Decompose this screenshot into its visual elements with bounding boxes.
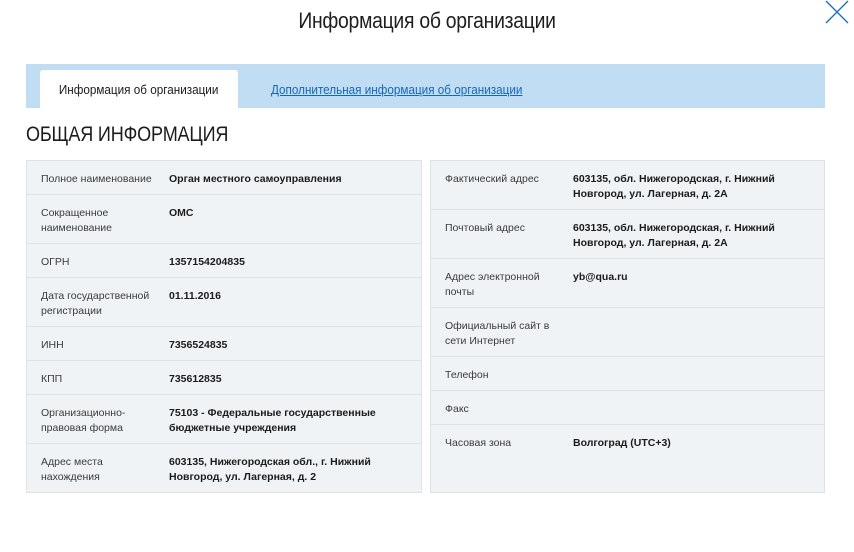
field-label: КПП	[41, 372, 169, 394]
close-icon[interactable]	[824, 0, 850, 24]
field-label: Дата государственной регистрации	[41, 289, 169, 326]
field-row: Почтовый адрес 603135, обл. Нижегородска…	[431, 210, 824, 259]
field-row: Адрес места нахождения 603135, Нижегород…	[27, 444, 421, 493]
field-label: ИНН	[41, 338, 169, 360]
field-row: ИНН 7356524835	[27, 327, 421, 361]
field-row: Факс	[431, 391, 824, 425]
tab-organization-info[interactable]: Информация об организации	[40, 70, 238, 108]
field-value: ОМС	[169, 206, 421, 243]
field-label: Сокращенное наименование	[41, 206, 169, 243]
general-info-right-card: Фактический адрес 603135, обл. Нижегород…	[430, 160, 825, 493]
field-value: 735612835	[169, 372, 421, 394]
tab-label: Дополнительная информация об организации	[271, 82, 522, 97]
field-row: Часовая зона Волгоград (UTC+3)	[431, 425, 824, 473]
field-label: Фактический адрес	[445, 172, 573, 209]
field-row: Полное наименование Орган местного самоу…	[27, 161, 421, 195]
field-value: 603135, обл. Нижегородская, г. Нижний Но…	[573, 172, 824, 209]
field-value: 75103 - Федеральные государственные бюдж…	[169, 406, 421, 443]
field-value: Волгоград (UTC+3)	[573, 436, 824, 473]
tab-bar: Информация об организации Дополнительная…	[26, 64, 825, 108]
field-row: Фактический адрес 603135, обл. Нижегород…	[431, 161, 824, 210]
field-label: Официальный сайт в сети Интернет	[445, 319, 573, 356]
field-row: Организационно-правовая форма 75103 - Фе…	[27, 395, 421, 444]
field-row: Адрес электронной почты yb@qua.ru	[431, 259, 824, 308]
field-label: Адрес электронной почты	[445, 270, 573, 307]
field-label: Почтовый адрес	[445, 221, 573, 258]
field-value: 603135, обл. Нижегородская, г. Нижний Но…	[573, 221, 824, 258]
field-value: 01.11.2016	[169, 289, 421, 326]
general-info-left-card: Полное наименование Орган местного самоу…	[26, 160, 422, 493]
field-value: Орган местного самоуправления	[169, 172, 421, 194]
field-row: ОГРН 1357154204835	[27, 244, 421, 278]
modal-title: Информация об организации	[51, 8, 803, 34]
field-value	[573, 368, 824, 390]
close-button[interactable]	[824, 0, 850, 24]
tab-additional-info[interactable]: Дополнительная информация об организации	[252, 70, 542, 108]
field-value: 603135, Нижегородская обл., г. Нижний Но…	[169, 455, 421, 493]
field-value	[573, 319, 824, 356]
field-label: Организационно-правовая форма	[41, 406, 169, 443]
field-value: 7356524835	[169, 338, 421, 360]
section-title: ОБЩАЯ ИНФОРМАЦИЯ	[26, 123, 228, 147]
field-value: yb@qua.ru	[573, 270, 824, 307]
field-label: Факс	[445, 402, 573, 424]
field-row: Официальный сайт в сети Интернет	[431, 308, 824, 357]
field-label: Телефон	[445, 368, 573, 390]
field-row: КПП 735612835	[27, 361, 421, 395]
field-value: 1357154204835	[169, 255, 421, 277]
field-value	[573, 402, 824, 424]
field-row: Сокращенное наименование ОМС	[27, 195, 421, 244]
field-label: Полное наименование	[41, 172, 169, 194]
field-row: Дата государственной регистрации 01.11.2…	[27, 278, 421, 327]
field-label: Часовая зона	[445, 436, 573, 473]
field-label: ОГРН	[41, 255, 169, 277]
field-row: Телефон	[431, 357, 824, 391]
field-label: Адрес места нахождения	[41, 455, 169, 493]
tab-label: Информация об организации	[59, 82, 219, 97]
